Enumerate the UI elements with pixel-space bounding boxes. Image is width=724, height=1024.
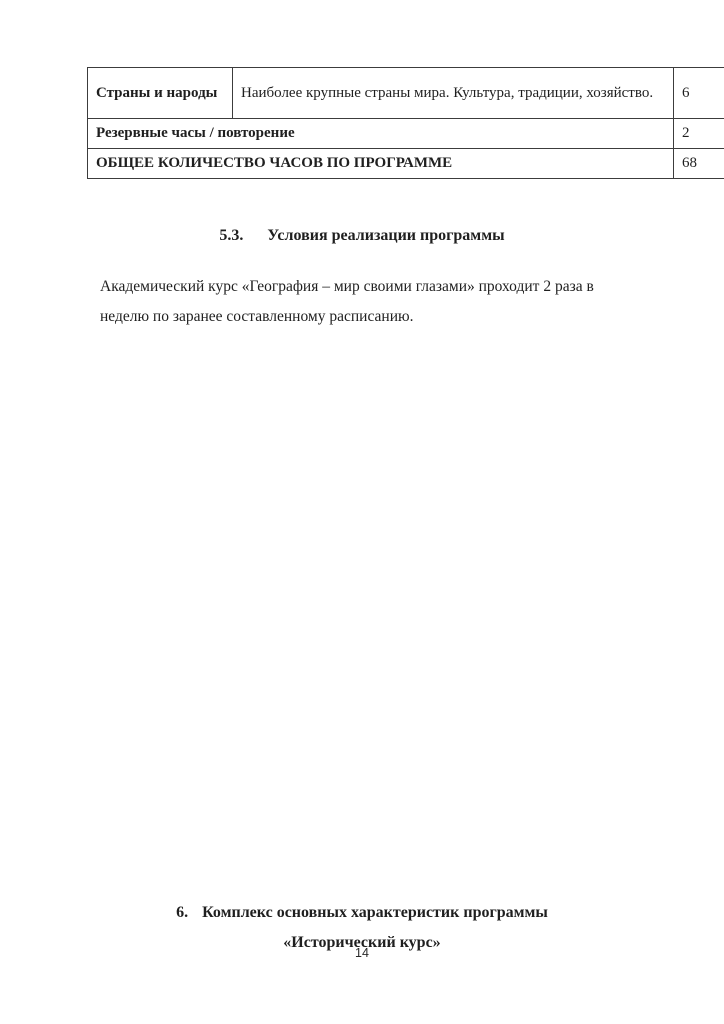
section-6-title-line: 6.Комплекс основных характеристик програ… bbox=[0, 898, 724, 928]
section-title: Комплекс основных характеристик программ… bbox=[202, 904, 548, 921]
topic-cell: Страны и народы bbox=[88, 68, 233, 119]
document-page: Страны и народы Наиболее крупные страны … bbox=[0, 0, 724, 1024]
section-number: 6. bbox=[176, 898, 188, 928]
section-number: 5.3. bbox=[219, 227, 243, 245]
table-row: Резервные часы / повторение 2 bbox=[88, 119, 724, 149]
reserve-hours-label-cell: Резервные часы / повторение bbox=[88, 119, 674, 149]
table-row: ОБЩЕЕ КОЛИЧЕСТВО ЧАСОВ ПО ПРОГРАММЕ 68 bbox=[88, 148, 724, 178]
section-5-3-heading: 5.3.Условия реализации программы bbox=[0, 227, 724, 245]
content-cell: Наиболее крупные страны мира. Культура, … bbox=[233, 68, 674, 119]
hours-cell: 2 bbox=[674, 119, 724, 149]
hours-cell: 6 bbox=[674, 68, 724, 119]
hours-cell: 68 bbox=[674, 148, 724, 178]
section-5-3-paragraph: Академический курс «География – мир свои… bbox=[100, 272, 645, 332]
total-hours-label-cell: ОБЩЕЕ КОЛИЧЕСТВО ЧАСОВ ПО ПРОГРАММЕ bbox=[88, 148, 674, 178]
table-row: Страны и народы Наиболее крупные страны … bbox=[88, 68, 724, 119]
page-number: 14 bbox=[0, 946, 724, 960]
section-title: Условия реализации программы bbox=[267, 227, 504, 244]
program-hours-table: Страны и народы Наиболее крупные страны … bbox=[87, 67, 724, 179]
